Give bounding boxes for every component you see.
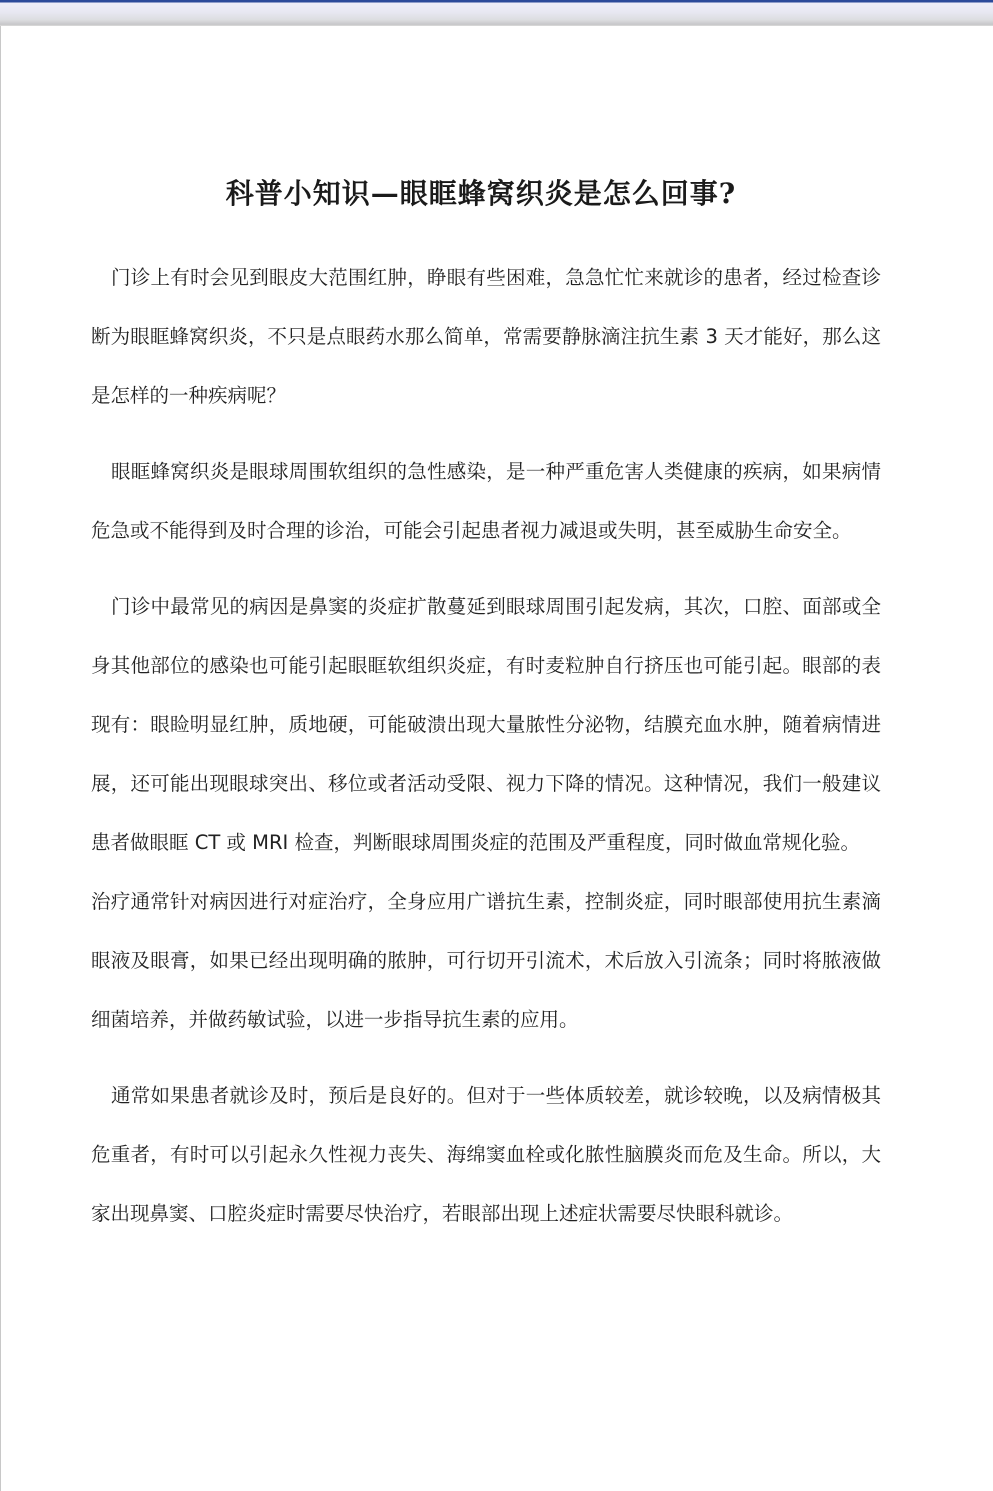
- document-page: 科普小知识—眼眶蜂窝织炎是怎么回事? 门诊上有时会见到眼皮大范围红肿，睁眼有些困…: [0, 26, 993, 1491]
- paragraph-treatment: 治疗通常针对病因进行对症治疗，全身应用广谱抗生素，控制炎症，同时眼部使用抗生素滴…: [91, 872, 881, 1049]
- paragraph-intro: 门诊上有时会见到眼皮大范围红肿，睁眼有些困难，急急忙忙来就诊的患者，经过检查诊断…: [91, 248, 881, 425]
- paragraph-causes-symptoms: 门诊中最常见的病因是鼻窦的炎症扩散蔓延到眼球周围引起发病，其次，口腔、面部或全身…: [91, 577, 881, 872]
- paragraph-prognosis: 通常如果患者就诊及时，预后是良好的。但对于一些体质较差，就诊较晚，以及病情极其危…: [91, 1066, 881, 1243]
- article-body: 门诊上有时会见到眼皮大范围红肿，睁眼有些困难，急急忙忙来就诊的患者，经过检查诊断…: [91, 248, 881, 1260]
- viewer-top-bar: [0, 0, 993, 26]
- document-title: 科普小知识—眼眶蜂窝织炎是怎么回事?: [1, 172, 961, 212]
- paragraph-definition: 眼眶蜂窝织炎是眼球周围软组织的急性感染，是一种严重危害人类健康的疾病，如果病情危…: [91, 442, 881, 560]
